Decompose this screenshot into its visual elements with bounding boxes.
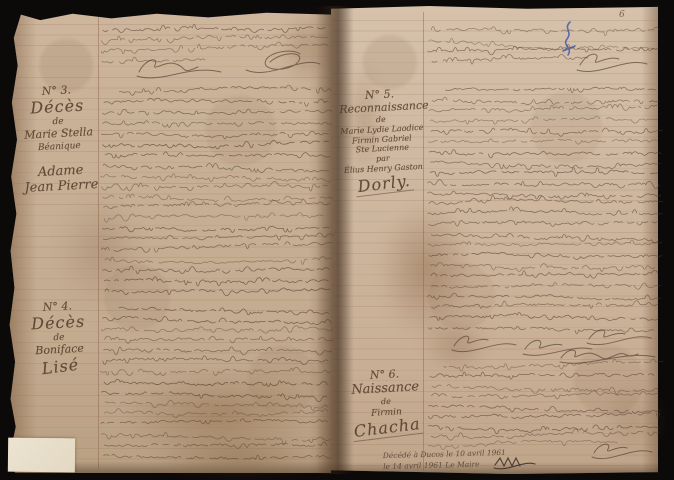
margin-note-act-4: N° 4. Décès de Boniface Lisé: [18, 298, 100, 378]
margin-note-act-6: N° 6. Naissance de Firmin Chacha: [343, 366, 429, 441]
person-name: Jean Pierre: [22, 178, 101, 197]
scanned-register-spread: N° 3. Décès de Marie Stella Béanique Ada…: [0, 0, 674, 480]
signature-flourish: [590, 440, 655, 468]
marginal-mention-1961: Décédé à Ducos le 10 avril 1961 le 14 av…: [383, 447, 544, 473]
handwritten-paragraph: [427, 84, 657, 336]
signature-flourish: [558, 346, 658, 370]
blue-ink-mark: [558, 20, 580, 62]
page-number: 6: [619, 10, 625, 20]
handwritten-paragraph: [100, 86, 327, 300]
signature-flourish: [575, 50, 650, 80]
margin-rule-line: [98, 16, 99, 469]
handwritten-paragraph: [100, 302, 327, 464]
margin-note-act-5: N° 5. Reconnaissance de Marie Lydie Laod…: [338, 86, 426, 197]
signature-flourish: [450, 332, 520, 360]
signature-flourish: [240, 48, 325, 84]
repair-patch: [8, 438, 75, 473]
signature-flourish: [135, 56, 225, 86]
margin-note-act-3: N° 3. Décès de Marie Stella Béanique Ada…: [17, 82, 101, 198]
